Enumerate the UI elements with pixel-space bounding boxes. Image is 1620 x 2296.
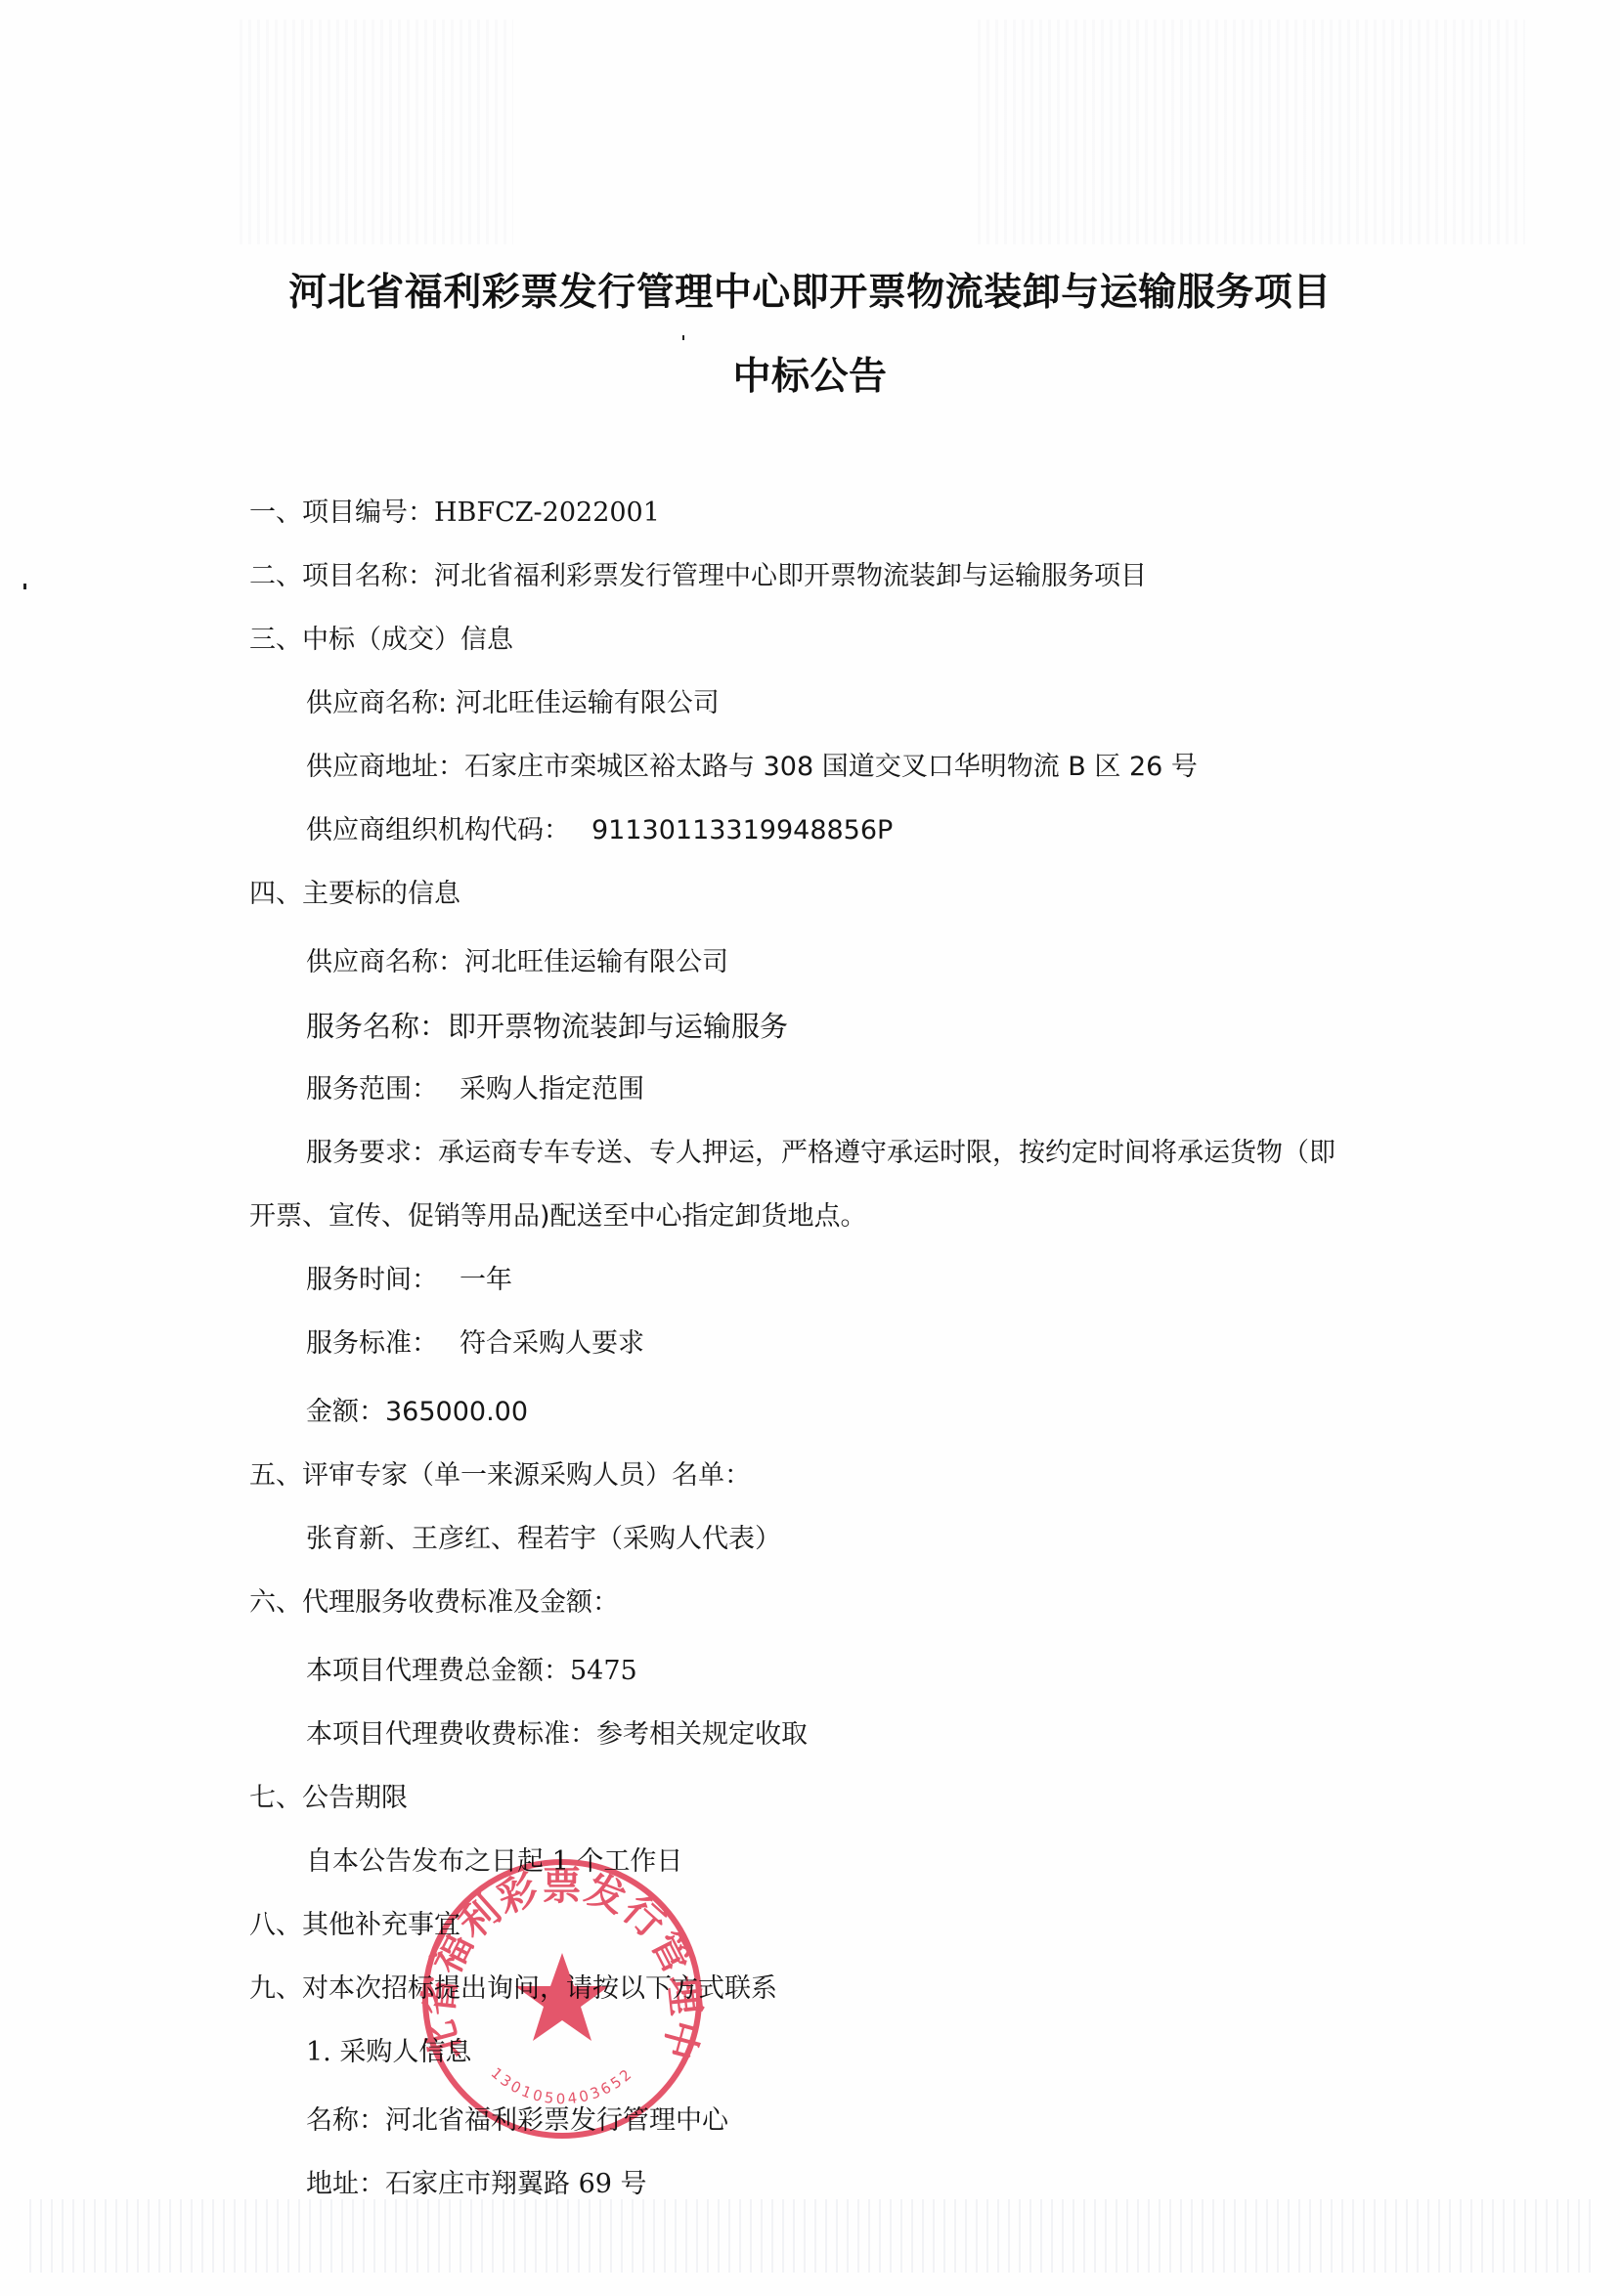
service-standard-label: 服务标准： [306,1328,438,1359]
award-supplier-address-label: 供应商地址： [306,752,464,782]
purchaser-name-value: 河北省福利彩票发行管理中心 [385,2105,728,2136]
section-heading-other-matters: 八、其他补充事宜 [249,1908,460,1943]
scan-speck [23,584,26,589]
item-supplier-name-value: 河北旺佳运输有限公司 [464,947,728,977]
agency-fee-total-label: 本项目代理费总金额： [306,1656,570,1686]
scan-bleed-through [978,20,1525,244]
document-subtitle: 中标公告 [0,346,1620,401]
purchaser-info-heading: 1. 采购人信息 [306,2035,471,2070]
amount-line: 金额：365000.00 [306,1395,528,1430]
amount-label: 金额： [306,1397,385,1427]
scan-bleed-through [29,2199,1594,2273]
section-heading-main-items: 四、主要标的信息 [249,877,460,912]
service-name-value: 即开票物流装卸与运输服务 [448,1010,788,1043]
award-supplier-code-value: 91130113319948856P [591,815,893,845]
service-requirements-line2: 开票、宣传、促销等用品)配送至中心指定卸货地点。 [249,1199,867,1235]
agency-fee-standard-label: 本项目代理费收费标准： [306,1719,596,1750]
section-heading-award-info: 三、中标（成交）信息 [249,623,513,658]
section-heading-contact: 九、对本次招标提出询问，请按以下方式联系 [249,1971,777,2007]
service-time-label: 服务时间： [306,1265,438,1295]
item-supplier-name-label: 供应商名称： [306,947,464,977]
seal-arc-text: 河北省福利彩票发行管理中心 [418,1855,706,2065]
project-name-line: 二、项目名称：河北省福利彩票发行管理中心即开票物流装卸与运输服务项目 [249,559,1147,594]
award-supplier-name-line: 供应商名称: 河北旺佳运输有限公司 [306,686,720,721]
notice-period-text: 自本公告发布之日起 1 个工作日 [306,1844,682,1880]
service-scope-label: 服务范围： [306,1074,438,1105]
seal-code-text: 1301050403652 [488,2064,637,2108]
service-name-label: 服务名称： [306,1010,448,1043]
document-page: 河北省福利彩票发行管理中心即开票物流装卸与运输服务项目 中标公告 一、项目编号：… [0,0,1620,2296]
award-supplier-address-line: 供应商地址：石家庄市栾城区裕太路与 308 国道交叉口华明物流 B 区 26 号 [306,750,1198,785]
service-time-value: 一年 [460,1265,512,1295]
scan-bleed-through [240,20,513,244]
agency-fee-total-line: 本项目代理费总金额：5475 [306,1654,637,1689]
project-number-label: 一、项目编号： [249,498,434,528]
award-supplier-address-value: 石家庄市栾城区裕太路与 308 国道交叉口华明物流 B 区 26 号 [464,752,1198,782]
service-scope-value: 采购人指定范围 [460,1074,644,1105]
award-supplier-name-label: 供应商名称: [306,688,447,718]
purchaser-address-label: 地址： [306,2169,385,2199]
agency-fee-standard-line: 本项目代理费收费标准：参考相关规定收取 [306,1717,808,1753]
project-name-label: 二、项目名称： [249,561,434,591]
award-supplier-code-label: 供应商组织机构代码： [306,815,570,845]
document-title: 河北省福利彩票发行管理中心即开票物流装卸与运输服务项目 [0,262,1620,317]
project-name-value: 河北省福利彩票发行管理中心即开票物流装卸与运输服务项目 [434,561,1147,591]
service-scope-line: 服务范围：采购人指定范围 [306,1072,644,1107]
award-supplier-name-value: 河北旺佳运输有限公司 [456,688,720,718]
agency-fee-standard-value: 参考相关规定收取 [596,1719,808,1750]
svg-text:1301050403652: 1301050403652 [488,2064,637,2108]
service-time-line: 服务时间：一年 [306,1263,512,1298]
review-experts-list: 张育新、王彦红、程若宇（采购人代表） [306,1522,781,1557]
purchaser-name-line: 名称：河北省福利彩票发行管理中心 [306,2103,728,2139]
section-heading-agency-fee: 六、代理服务收费标准及金额： [249,1585,619,1621]
item-supplier-name-line: 供应商名称：河北旺佳运输有限公司 [306,945,728,980]
service-standard-value: 符合采购人要求 [460,1328,644,1359]
purchaser-address-line: 地址：石家庄市翔翼路 69 号 [306,2167,647,2202]
project-number-value: HBFCZ-2022001 [434,498,660,528]
svg-text:河北省福利彩票发行管理中心: 河北省福利彩票发行管理中心 [418,1855,706,2065]
purchaser-address-value: 石家庄市翔翼路 69 号 [385,2169,647,2199]
agency-fee-total-value: 5475 [570,1656,637,1686]
service-name-line: 服务名称：即开票物流装卸与运输服务 [306,1009,788,1044]
award-supplier-code-line: 供应商组织机构代码：91130113319948856P [306,813,893,848]
service-requirements-line1: 服务要求：承运商专车专送、专人押运，严格遵守承运时限，按约定时间将承运货物（即 [306,1136,1335,1171]
purchaser-name-label: 名称： [306,2105,385,2136]
service-standard-line: 服务标准：符合采购人要求 [306,1326,644,1362]
scan-speck [682,335,684,340]
section-heading-review-experts: 五、评审专家（单一来源采购人员）名单： [249,1458,751,1494]
project-number-line: 一、项目编号：HBFCZ-2022001 [249,496,660,531]
amount-value: 365000.00 [385,1397,528,1427]
section-heading-notice-period: 七、公告期限 [249,1781,408,1816]
